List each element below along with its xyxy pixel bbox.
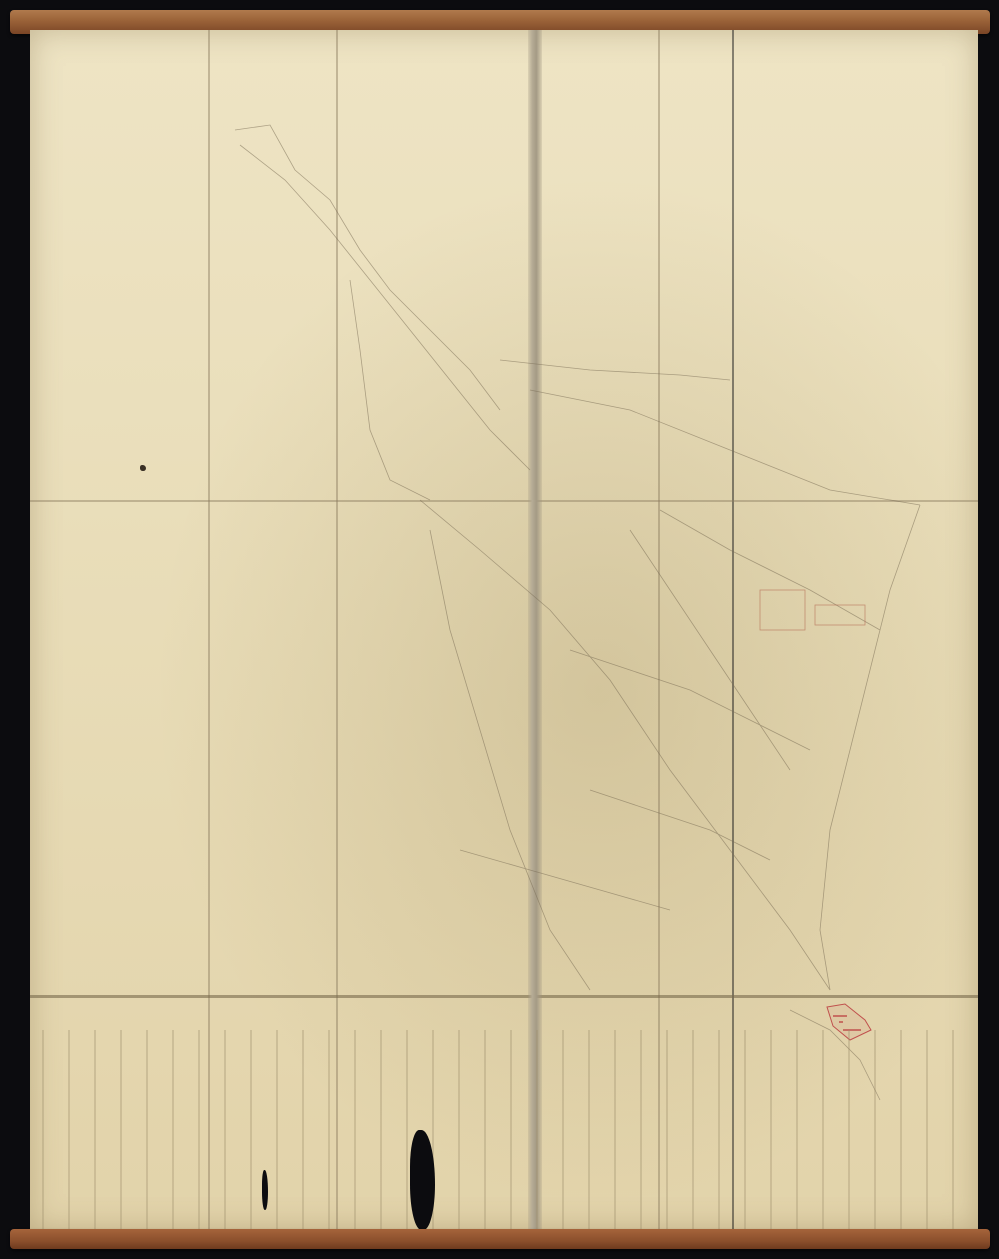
water-damaged-bottom-edge <box>30 1030 978 1230</box>
bottom-scroll-rod <box>10 1229 990 1249</box>
map-sheet <box>30 30 978 1230</box>
stain-spot <box>140 465 146 471</box>
tear-hole <box>262 1170 268 1210</box>
